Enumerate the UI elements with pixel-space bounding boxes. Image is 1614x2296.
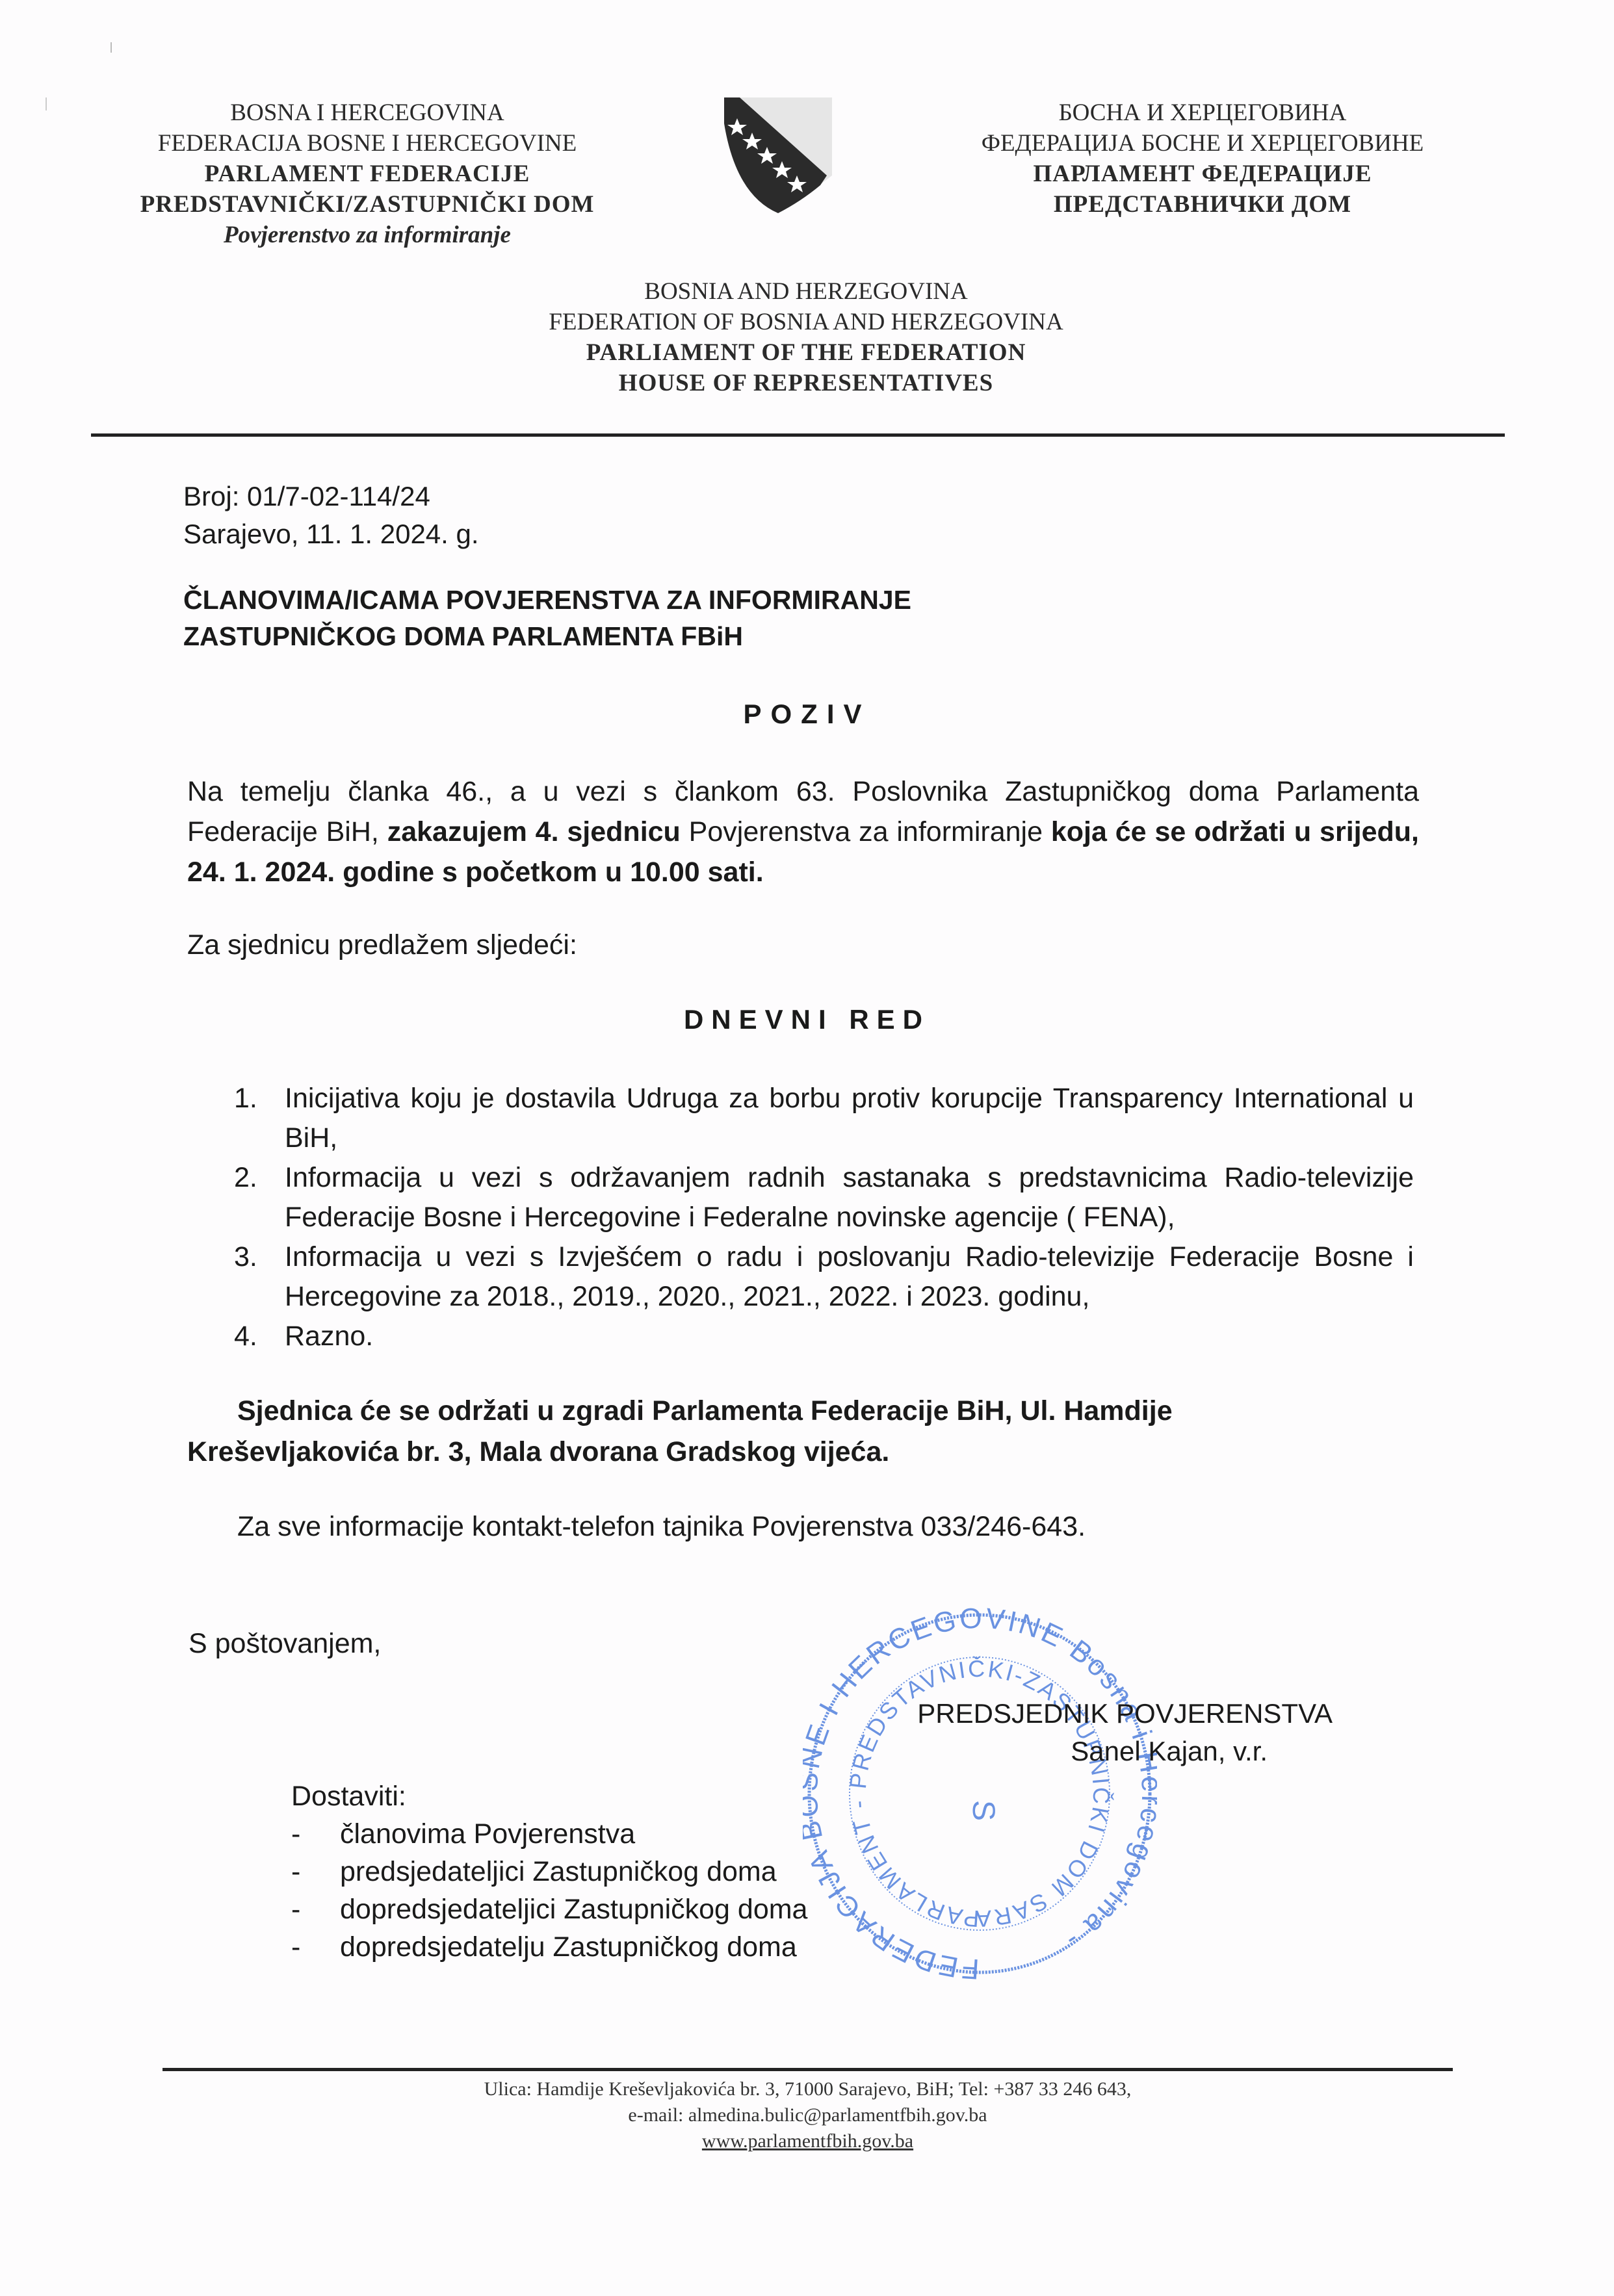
agenda-item-text: Inicijativa koju je dostavila Udruga za … [285,1079,1414,1158]
document-title: POZIV [0,699,1614,730]
header-federation: FEDERACIJA BOSNE I HERCEGOVINE [98,128,637,159]
delivery-item: -predsjedateljici Zastupničkog doma [291,1853,807,1890]
header-house-cyrillic: ПРЕДСТАВНИЧКИ ДОМ [923,189,1482,220]
agenda-item: 1.Inicijativa koju je dostavila Udruga z… [234,1079,1414,1158]
agenda-item-text: Razno. [285,1317,1414,1356]
delivery-item-text: dopredsjedateljici Zastupničkog doma [340,1890,807,1928]
footer-website-link[interactable]: www.parlamentfbih.gov.ba [702,2130,913,2152]
header-parliament: PARLAMENT FEDERACIJE [98,159,637,189]
agenda-item-number: 4. [234,1317,285,1356]
delivery-item-text: predsjedateljici Zastupničkog doma [340,1853,777,1890]
header-country-cyrillic: БОСНА И ХЕРЦЕГОВИНА [923,97,1482,128]
paragraph-text: Povjerenstva za informiranje [681,816,1051,847]
reference-number: Broj: 01/7-02-114/24 [183,478,479,515]
delivery-list: -članovima Povjerenstva -predsjedateljic… [291,1815,807,1966]
svg-text:S: S [966,1800,1000,1821]
delivery-item: -dopredsjedateljici Zastupničkog doma [291,1890,807,1928]
agenda-item-text: Informacija u vezi s održavanjem radnih … [285,1158,1414,1237]
signer-title: PREDSJEDNIK POVJERENSTVA [839,1695,1333,1733]
addressee-block: ČLANOVIMA/ICAMA POVJERENSTVA ZA INFORMIR… [183,582,911,654]
agenda-title: DNEVNI RED [0,1004,1614,1035]
invitation-paragraph: Na temelju članka 46., a u vezi s članko… [187,771,1419,892]
scan-speck [46,97,52,110]
header-house: PREDSTAVNIČKI/ZASTUPNIČKI DOM [98,189,637,220]
coat-of-arms-icon [723,97,833,213]
header-country: BOSNA I HERCEGOVINA [98,97,637,128]
agenda-list: 1.Inicijativa koju je dostavila Udruga z… [234,1079,1414,1356]
delivery-item: -članovima Povjerenstva [291,1815,807,1853]
signer-name: Sanel Kajan, v.r. [839,1733,1333,1770]
closing-regards: S poštovanjem, [189,1628,381,1660]
agenda-item: 4.Razno. [234,1317,1414,1356]
signature-block: PREDSJEDNIK POVJERENSTVA Sanel Kajan, v.… [839,1695,1333,1770]
footer-divider [163,2068,1453,2071]
agenda-item: 2.Informacija u vezi s održavanjem radni… [234,1158,1414,1237]
header-house-english: HOUSE OF REPRESENTATIVES [351,368,1261,398]
reference-block: Broj: 01/7-02-114/24 Sarajevo, 11. 1. 20… [183,478,479,553]
proposal-text: Za sjednicu predlažem sljedeći: [187,929,577,961]
venue-notice: Sjednica će se održati u zgradi Parlamen… [237,1391,1417,1473]
header-committee: Povjerenstvo za informiranje [98,220,637,250]
reference-place-date: Sarajevo, 11. 1. 2024. g. [183,515,479,553]
header-federation-cyrillic: ФЕДЕРАЦИЈА БОСНЕ И ХЕРЦЕГОВИНЕ [923,128,1482,159]
header-english-block: BOSNIA AND HERZEGOVINA FEDERATION OF BOS… [351,276,1261,398]
delivery-label: Dostaviti: [291,1777,807,1815]
agenda-item-number: 3. [234,1237,285,1317]
delivery-item-text: članovima Povjerenstva [340,1815,635,1853]
header-left-block: BOSNA I HERCEGOVINA FEDERACIJA BOSNE I H… [98,97,637,250]
agenda-item-text: Informacija u vezi s Izvješćem o radu i … [285,1237,1414,1317]
header-parliament-cyrillic: ПАРЛАМЕНТ ФЕДЕРАЦИЈЕ [923,159,1482,189]
footer: Ulica: Hamdije Kreševljakovića br. 3, 71… [163,2076,1453,2154]
agenda-item: 3.Informacija u vezi s Izvješćem o radu … [234,1237,1414,1317]
official-stamp-icon: FEDERACIJA BOSNE I HERCEGOVINE Bosna i H… [803,1605,1157,1982]
paragraph-emphasis: zakazujem 4. sjednicu [387,816,681,847]
addressee-line: ČLANOVIMA/ICAMA POVJERENSTVA ZA INFORMIR… [183,582,911,618]
agenda-item-number: 2. [234,1158,285,1237]
contact-notice: Za sve informacije kontakt-telefon tajni… [237,1511,1086,1543]
header-right-block: БОСНА И ХЕРЦЕГОВИНА ФЕДЕРАЦИЈА БОСНЕ И Х… [923,97,1482,220]
header-parliament-english: PARLIAMENT OF THE FEDERATION [351,337,1261,368]
delivery-list-block: Dostaviti: -članovima Povjerenstva -pred… [291,1777,807,1966]
header-country-english: BOSNIA AND HERZEGOVINA [351,276,1261,307]
delivery-item: -dopredsjedatelju Zastupničkog doma [291,1928,807,1966]
scan-speck [111,42,117,53]
addressee-line: ZASTUPNIČKOG DOMA PARLAMENTA FBiH [183,618,911,654]
venue-line: Kreševljakovića br. 3, Mala dvorana Grad… [187,1432,1417,1473]
footer-address: Ulica: Hamdije Kreševljakovića br. 3, 71… [163,2076,1453,2102]
delivery-item-text: dopredsjedatelju Zastupničkog doma [340,1928,797,1966]
header-divider [91,433,1505,437]
venue-line: Sjednica će se održati u zgradi Parlamen… [237,1391,1417,1432]
agenda-item-number: 1. [234,1079,285,1158]
header-federation-english: FEDERATION OF BOSNIA AND HERZEGOVINA [351,307,1261,337]
footer-email[interactable]: e-mail: almedina.bulic@parlamentfbih.gov… [163,2102,1453,2128]
